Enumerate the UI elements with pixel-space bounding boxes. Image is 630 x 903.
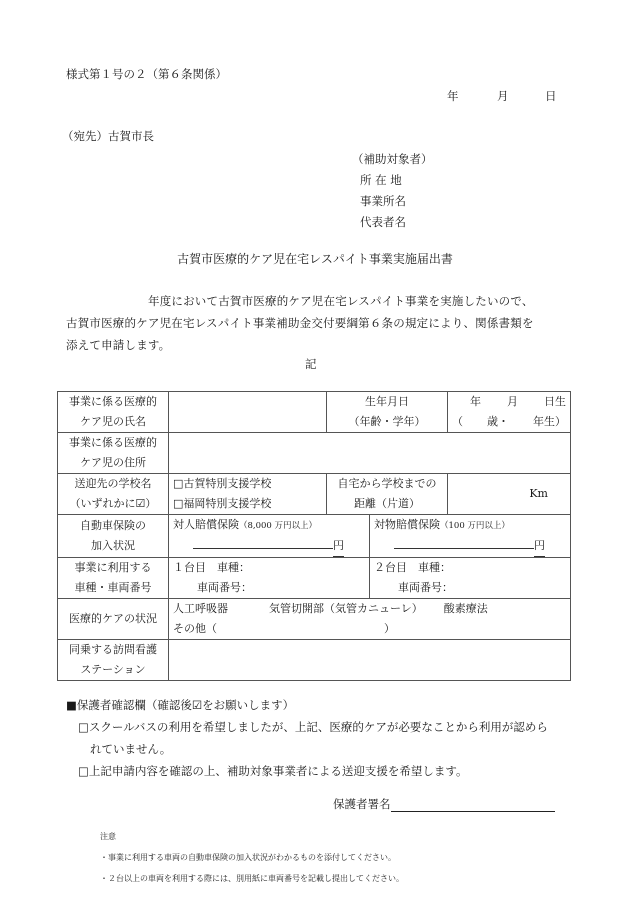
note-1: ・事業に利用する車両の自動車保険の加入状況がわかるものを添付してください。 [100,847,404,868]
birthdate-label: 生年月日 （年齢・学年） [327,392,448,433]
confirm-checkbox-support[interactable]: □上記申請内容を確認の上、補助対象事業者による送迎支援を希望します。 [66,760,548,782]
school-checkbox-fukuoka[interactable]: □福岡特別支援学校 [173,494,322,514]
ki-marker: 記 [305,356,317,372]
table-row-child-address: 事業に係る医療的 ケア児の住所 [58,433,571,474]
nursing-station-field[interactable] [169,640,571,681]
body-line-1: 年度において古賀市医療的ケア児在宅レスパイト事業を実施したいので、 [66,290,566,312]
notes: 注意 ・事業に利用する車両の自動車保険の加入状況がわかるものを添付してください。… [100,826,404,889]
child-address-label: 事業に係る医療的 ケア児の住所 [58,433,169,474]
table-row-vehicle: 事業に利用する 車種・車両番号 １台目 車種： 車両番号： ２台目 車種： 車両… [58,558,571,599]
document-title: 古賀市医療的ケア児在宅レスパイト事業実施届出書 [0,250,630,267]
care-tracheostomy[interactable]: 気管切開部（気管カニューレ） [269,602,423,615]
form-number: 様式第１号の２（第６条関係） [66,66,227,82]
guardian-signature: 保護者署名 [333,796,555,812]
distance-field[interactable]: Km [448,474,571,515]
property-liability-field[interactable]: 対物賠償保険（100 万円以上） 円 [370,515,571,558]
personal-amount-line[interactable] [193,548,333,549]
date-year-label: 年 [447,88,459,104]
care-status-label: 医療的ケアの状況 [58,599,169,640]
distance-label: 自宅から学校までの 距離（片道） [327,474,448,515]
note-2: ・２台以上の車両を利用する際には、別用紙に車両番号を記載し提出してください。 [100,868,404,889]
applicant-block: （補助対象者） 所 在 地 事業所名 代表者名 [352,149,433,233]
school-label: 送迎先の学校名 （いずれかに☑） [58,474,169,515]
signature-line[interactable] [391,799,555,812]
vehicle-1-field[interactable]: １台目 車種： 車両番号： [169,558,370,599]
confirmation-heading: ■保護者確認欄（確認後☑をお願いします） [66,694,548,716]
care-other[interactable]: その他（ [173,622,217,635]
birthdate-field[interactable]: 年 月 日生 （ 歳・ 年生） [448,392,571,433]
care-status-field[interactable]: 人工呼吸器 気管切開部（気管カニューレ） 酸素療法 その他（ ） [169,599,571,640]
table-row-school: 送迎先の学校名 （いずれかに☑） □古賀特別支援学校 □福岡特別支援学校 自宅か… [58,474,571,515]
confirm-checkbox-schoolbus-cont: れていません。 [66,738,548,760]
nursing-station-label: 同乗する訪問看護 ステーション [58,640,169,681]
table-row-nursing: 同乗する訪問看護 ステーション [58,640,571,681]
date-month-label: 月 [497,88,509,104]
property-amount-line[interactable] [394,548,534,549]
child-name-field[interactable] [169,392,327,433]
guardian-confirmation: ■保護者確認欄（確認後☑をお願いします） □スクールバスの利用を希望しましたが、… [66,694,548,782]
table-row-child-name: 事業に係る医療的 ケア児の氏名 生年月日 （年齢・学年） 年 月 日生 （ 歳・… [58,392,571,433]
body-line-2: 古賀市医療的ケア児在宅レスパイト事業補助金交付要綱第６条の規定により、関係書類を [66,312,566,334]
representative-label: 代表者名 [352,212,433,233]
body-line-3: 添えて申請します。 [66,334,566,356]
child-address-field[interactable] [169,433,571,474]
vehicle-2-field[interactable]: ２台目 車種： 車両番号： [370,558,571,599]
school-checkbox-koga[interactable]: □古賀特別支援学校 [173,474,322,494]
body-text: 年度において古賀市医療的ケア児在宅レスパイト事業を実施したいので、 古賀市医療的… [66,290,566,356]
care-ventilator[interactable]: 人工呼吸器 [173,602,228,615]
application-table: 事業に係る医療的 ケア児の氏名 生年月日 （年齢・学年） 年 月 日生 （ 歳・… [57,391,571,681]
addressee: （宛先）古賀市長 [62,128,154,144]
school-options: □古賀特別支援学校 □福岡特別支援学校 [169,474,327,515]
applicant-heading: （補助対象者） [352,149,433,170]
address-label: 所 在 地 [352,170,433,191]
confirm-checkbox-schoolbus[interactable]: □スクールバスの利用を希望しましたが、上記、医療的ケアが必要なことから利用が認め… [66,716,548,738]
office-label: 事業所名 [352,191,433,212]
table-row-care: 医療的ケアの状況 人工呼吸器 気管切開部（気管カニューレ） 酸素療法 その他（ … [58,599,571,640]
signature-label: 保護者署名 [333,797,391,811]
date-day-label: 日 [545,88,557,104]
insurance-label: 自動車保険の 加入状況 [58,515,169,558]
child-name-label: 事業に係る医療的 ケア児の氏名 [58,392,169,433]
vehicle-label: 事業に利用する 車種・車両番号 [58,558,169,599]
table-row-insurance: 自動車保険の 加入状況 対人賠償保険（8,000 万円以上） 円 対物賠償保険（… [58,515,571,558]
personal-liability-field[interactable]: 対人賠償保険（8,000 万円以上） 円 [169,515,370,558]
care-oxygen[interactable]: 酸素療法 [444,602,488,615]
notes-heading: 注意 [100,826,404,847]
